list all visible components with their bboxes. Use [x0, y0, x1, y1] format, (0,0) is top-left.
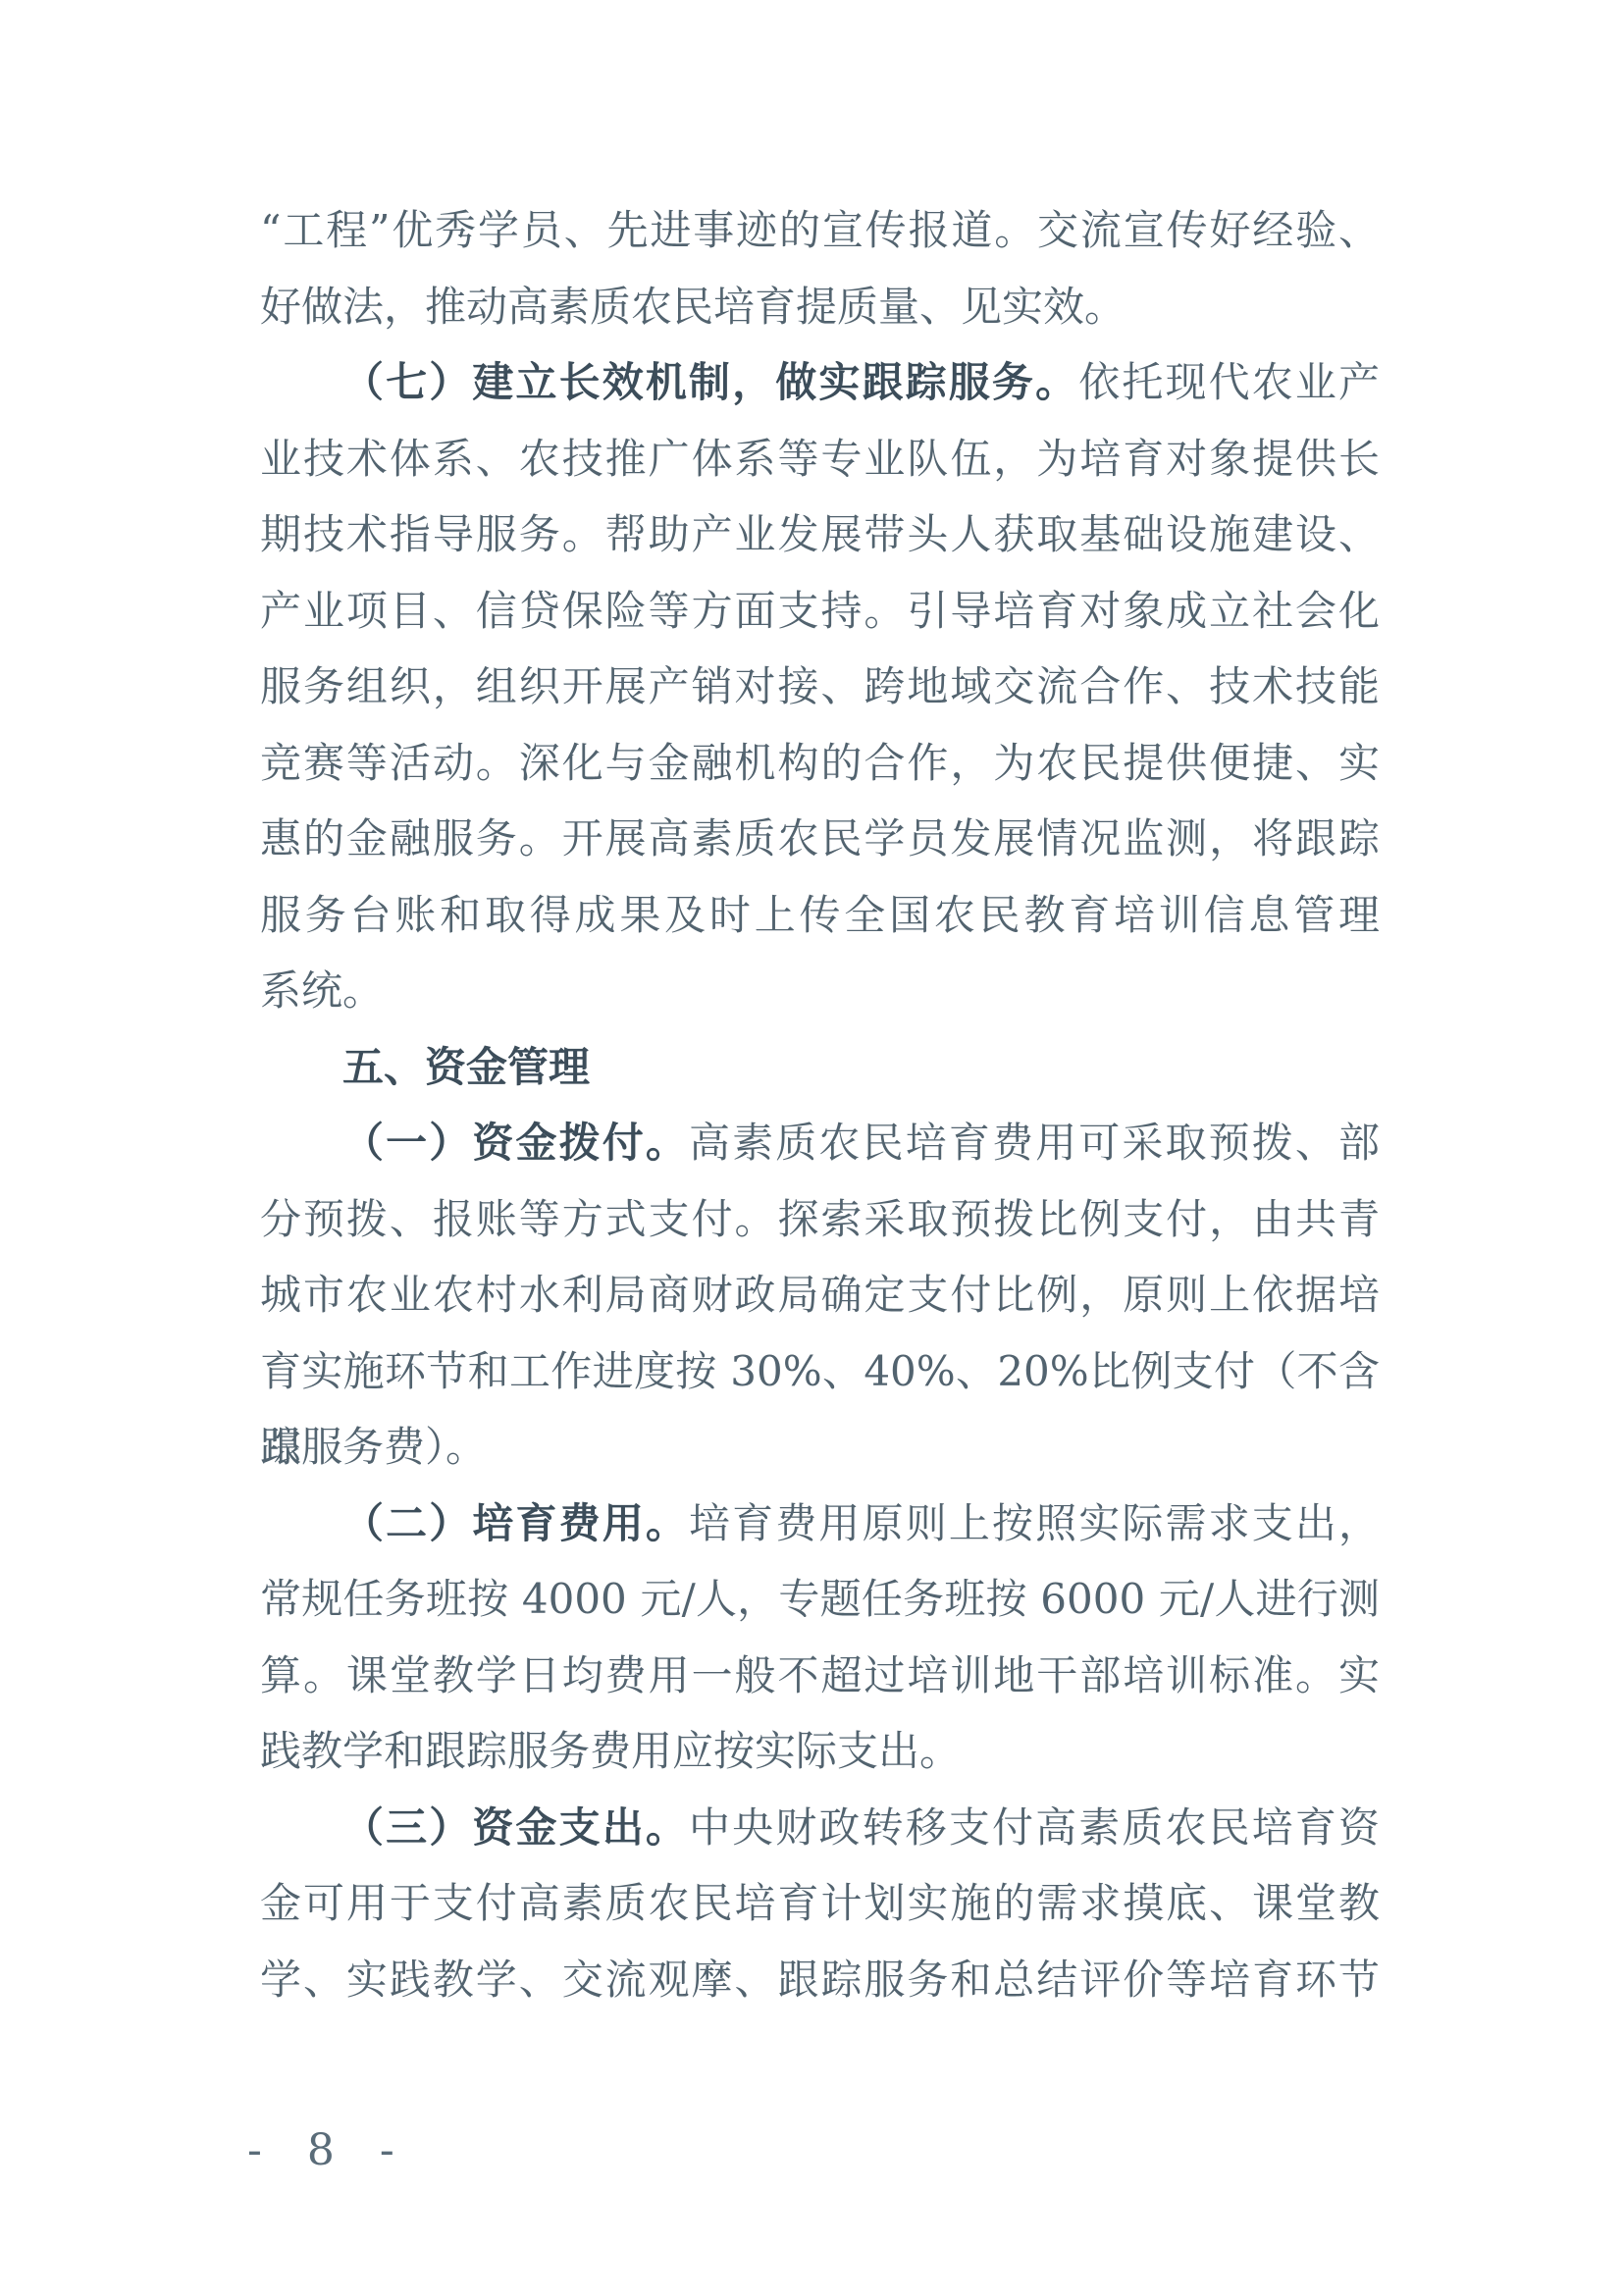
- text-run: 踪服务费）。: [260, 1423, 487, 1471]
- text-line: 服务组织，组织开展产销对接、跨地域交流合作、技术技能: [260, 649, 1380, 725]
- text-run: 业技术体系、农技推广体系等专业队伍，为培育对象提供长: [260, 435, 1380, 483]
- text-run: 产业项目、信贷保险等方面支持。引导培育对象成立社会化: [260, 587, 1380, 635]
- text-line: 系统。: [260, 953, 1380, 1029]
- bold-text-run: （三）资金支出。: [342, 1803, 689, 1852]
- text-run: 服务组织，组织开展产销对接、跨地域交流合作、技术技能: [260, 662, 1380, 710]
- text-line: （二）培育费用。培育费用原则上按照实际需求支出，: [260, 1486, 1380, 1562]
- text-line: 惠的金融服务。开展高素质农民学员发展情况监测，将跟踪: [260, 801, 1380, 877]
- bold-text-run: （一）资金拨付。: [342, 1119, 689, 1167]
- text-line: 分预拨、报账等方式支付。探索采取预拨比例支付，由共青: [260, 1181, 1380, 1258]
- text-run: “工程”优秀学员、先进事迹的宣传报道。交流宣传好经验、: [260, 206, 1380, 254]
- document-body: “工程”优秀学员、先进事迹的宣传报道。交流宣传好经验、好做法，推动高素质农民培育…: [260, 192, 1380, 2017]
- text-line: 算。课堂教学日均费用一般不超过培训地干部培训标准。实: [260, 1638, 1380, 1714]
- text-line: 金可用于支付高素质农民培育计划实施的需求摸底、课堂教: [260, 1865, 1380, 1942]
- text-run: 算。课堂教学日均费用一般不超过培训地干部培训标准。实: [260, 1651, 1380, 1699]
- document-page: “工程”优秀学员、先进事迹的宣传报道。交流宣传好经验、好做法，推动高素质农民培育…: [0, 0, 1623, 2296]
- text-run: 常规任务班按 4000 元/人，专题任务班按 6000 元/人进行测: [260, 1575, 1380, 1623]
- text-run: 高素质农民培育费用可采取预拨、部: [689, 1119, 1380, 1167]
- text-run: 竞赛等活动。深化与金融机构的合作，为农民提供便捷、实: [260, 739, 1380, 787]
- text-line: （七）建立长效机制，做实跟踪服务。依托现代农业产: [260, 344, 1380, 421]
- text-line: 服务台账和取得成果及时上传全国农民教育培训信息管理: [260, 877, 1380, 954]
- page-number: - 8 -: [247, 2125, 410, 2175]
- text-line: 踪服务费）。: [260, 1409, 1380, 1486]
- text-run: 分预拨、报账等方式支付。探索采取预拨比例支付，由共青: [260, 1195, 1380, 1243]
- text-run: 系统。: [260, 966, 384, 1015]
- text-run: 城市农业农村水利局商财政局确定支付比例，原则上依据培: [260, 1271, 1380, 1319]
- text-run: 中央财政转移支付高素质农民培育资: [689, 1803, 1380, 1852]
- text-run: 服务台账和取得成果及时上传全国农民教育培训信息管理: [260, 891, 1380, 939]
- text-run: 依托现代农业产: [1078, 358, 1380, 406]
- text-line: 产业项目、信贷保险等方面支持。引导培育对象成立社会化: [260, 573, 1380, 650]
- text-line: 期技术指导服务。帮助产业发展带头人获取基础设施建设、: [260, 496, 1380, 573]
- text-run: 金可用于支付高素质农民培育计划实施的需求摸底、课堂教: [260, 1879, 1380, 1927]
- section-heading: 五、资金管理: [260, 1029, 1380, 1106]
- text-line: 践教学和跟踪服务费用应按实际支出。: [260, 1713, 1380, 1790]
- text-run: 践教学和跟踪服务费用应按实际支出。: [260, 1727, 961, 1775]
- bold-text-run: 五、资金管理: [342, 1043, 590, 1091]
- text-line: 业技术体系、农技推广体系等专业队伍，为培育对象提供长: [260, 421, 1380, 497]
- text-line: 竞赛等活动。深化与金融机构的合作，为农民提供便捷、实: [260, 725, 1380, 802]
- bold-text-run: （二）培育费用。: [342, 1499, 689, 1547]
- text-line: 好做法，推动高素质农民培育提质量、见实效。: [260, 269, 1380, 345]
- text-line: 育实施环节和工作进度按 30%、40%、20%比例支付（不含跟: [260, 1333, 1380, 1410]
- text-line: （三）资金支出。中央财政转移支付高素质农民培育资: [260, 1790, 1380, 1866]
- text-line: 城市农业农村水利局商财政局确定支付比例，原则上依据培: [260, 1257, 1380, 1333]
- bold-text-run: （七）建立长效机制，做实跟踪服务。: [342, 358, 1078, 406]
- text-run: 学、实践教学、交流观摩、跟踪服务和总结评价等培育环节: [260, 1956, 1380, 2004]
- text-line: 常规任务班按 4000 元/人，专题任务班按 6000 元/人进行测: [260, 1561, 1380, 1638]
- text-line: “工程”优秀学员、先进事迹的宣传报道。交流宣传好经验、: [260, 192, 1380, 269]
- text-run: 好做法，推动高素质农民培育提质量、见实效。: [260, 283, 1126, 331]
- text-line: （一）资金拨付。高素质农民培育费用可采取预拨、部: [260, 1105, 1380, 1181]
- text-run: 期技术指导服务。帮助产业发展带头人获取基础设施建设、: [260, 510, 1380, 558]
- text-run: 培育费用原则上按照实际需求支出，: [689, 1499, 1380, 1547]
- text-run: 惠的金融服务。开展高素质农民学员发展情况监测，将跟踪: [260, 814, 1380, 862]
- text-line: 学、实践教学、交流观摩、跟踪服务和总结评价等培育环节: [260, 1942, 1380, 2018]
